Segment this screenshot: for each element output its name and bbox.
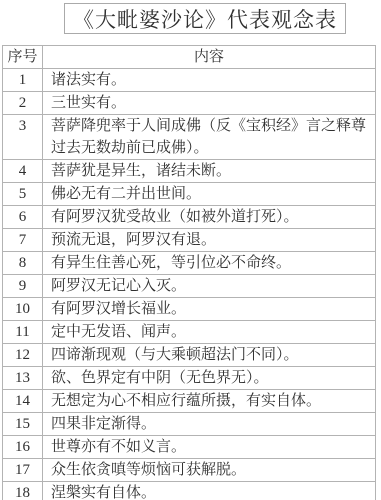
row-content: 众生依贪嗔等烦恼可获解脱。 [43,459,376,482]
table-row: 13 欲、色界定有中阴（无色界无）。 [3,367,376,390]
row-number: 13 [3,367,43,390]
table-body: 1 诸法实有。 2 三世实有。 3 菩萨降兜率于人间成佛（反《宝积经》言之释尊过… [3,69,376,500]
row-content: 无想定为心不相应行蕴所摄，有实自体。 [43,390,376,413]
page-title-text: 《大毗婆沙论》代表观念表 [73,4,337,34]
row-number: 11 [3,321,43,344]
row-content: 有异生住善心死，等引位必不命终。 [43,252,376,275]
row-content: 世尊亦有不如义言。 [43,436,376,459]
table-row: 18 涅槃实有自体。 [3,482,376,500]
row-content: 诸法实有。 [43,69,376,92]
row-number: 14 [3,390,43,413]
table-row: 11 定中无发语、闻声。 [3,321,376,344]
table-row: 7 预流无退，阿罗汉有退。 [3,229,376,252]
table-row: 1 诸法实有。 [3,69,376,92]
row-number: 4 [3,160,43,183]
row-content: 有阿罗汉犹受故业（如被外道打死）。 [43,206,376,229]
row-number: 5 [3,183,43,206]
row-content: 有阿罗汉增长福业。 [43,298,376,321]
row-content: 预流无退，阿罗汉有退。 [43,229,376,252]
row-content: 涅槃实有自体。 [43,482,376,500]
row-number: 9 [3,275,43,298]
table-row: 9 阿罗汉无记心入灭。 [3,275,376,298]
row-content: 佛必无有二并出世间。 [43,183,376,206]
row-content: 菩萨犹是异生，诸结未断。 [43,160,376,183]
column-header-content: 内容 [43,46,376,69]
row-content: 四谛渐现观（与大乘顿超法门不同）。 [43,344,376,367]
column-header-no: 序号 [3,46,43,69]
table-row: 6 有阿罗汉犹受故业（如被外道打死）。 [3,206,376,229]
row-number: 6 [3,206,43,229]
table-row: 8 有异生住善心死，等引位必不命终。 [3,252,376,275]
table-row: 17 众生依贪嗔等烦恼可获解脱。 [3,459,376,482]
row-content: 四果非定渐得。 [43,413,376,436]
table-row: 12 四谛渐现观（与大乘顿超法门不同）。 [3,344,376,367]
table-row: 15 四果非定渐得。 [3,413,376,436]
row-number: 10 [3,298,43,321]
row-number: 8 [3,252,43,275]
table-header-row: 序号 内容 [3,46,376,69]
row-number: 15 [3,413,43,436]
row-content: 阿罗汉无记心入灭。 [43,275,376,298]
row-number: 1 [3,69,43,92]
row-content: 定中无发语、闻声。 [43,321,376,344]
table-row: 16 世尊亦有不如义言。 [3,436,376,459]
row-number: 3 [3,115,43,160]
row-content: 欲、色界定有中阴（无色界无）。 [43,367,376,390]
table-row: 10 有阿罗汉增长福业。 [3,298,376,321]
row-number: 2 [3,92,43,115]
row-content: 菩萨降兜率于人间成佛（反《宝积经》言之释尊过去无数劫前已成佛）。 [43,115,376,160]
table-row: 2 三世实有。 [3,92,376,115]
row-number: 12 [3,344,43,367]
row-content: 三世实有。 [43,92,376,115]
table-row: 3 菩萨降兜率于人间成佛（反《宝积经》言之释尊过去无数劫前已成佛）。 [3,115,376,160]
row-number: 18 [3,482,43,500]
page-title: 《大毗婆沙论》代表观念表 [64,3,346,34]
concept-table: 序号 内容 1 诸法实有。 2 三世实有。 3 菩萨降兜率于人间成佛（反《宝积经… [2,45,376,500]
row-number: 17 [3,459,43,482]
row-number: 16 [3,436,43,459]
table-row: 5 佛必无有二并出世间。 [3,183,376,206]
row-number: 7 [3,229,43,252]
table-row: 4 菩萨犹是异生，诸结未断。 [3,160,376,183]
table-row: 14 无想定为心不相应行蕴所摄，有实自体。 [3,390,376,413]
